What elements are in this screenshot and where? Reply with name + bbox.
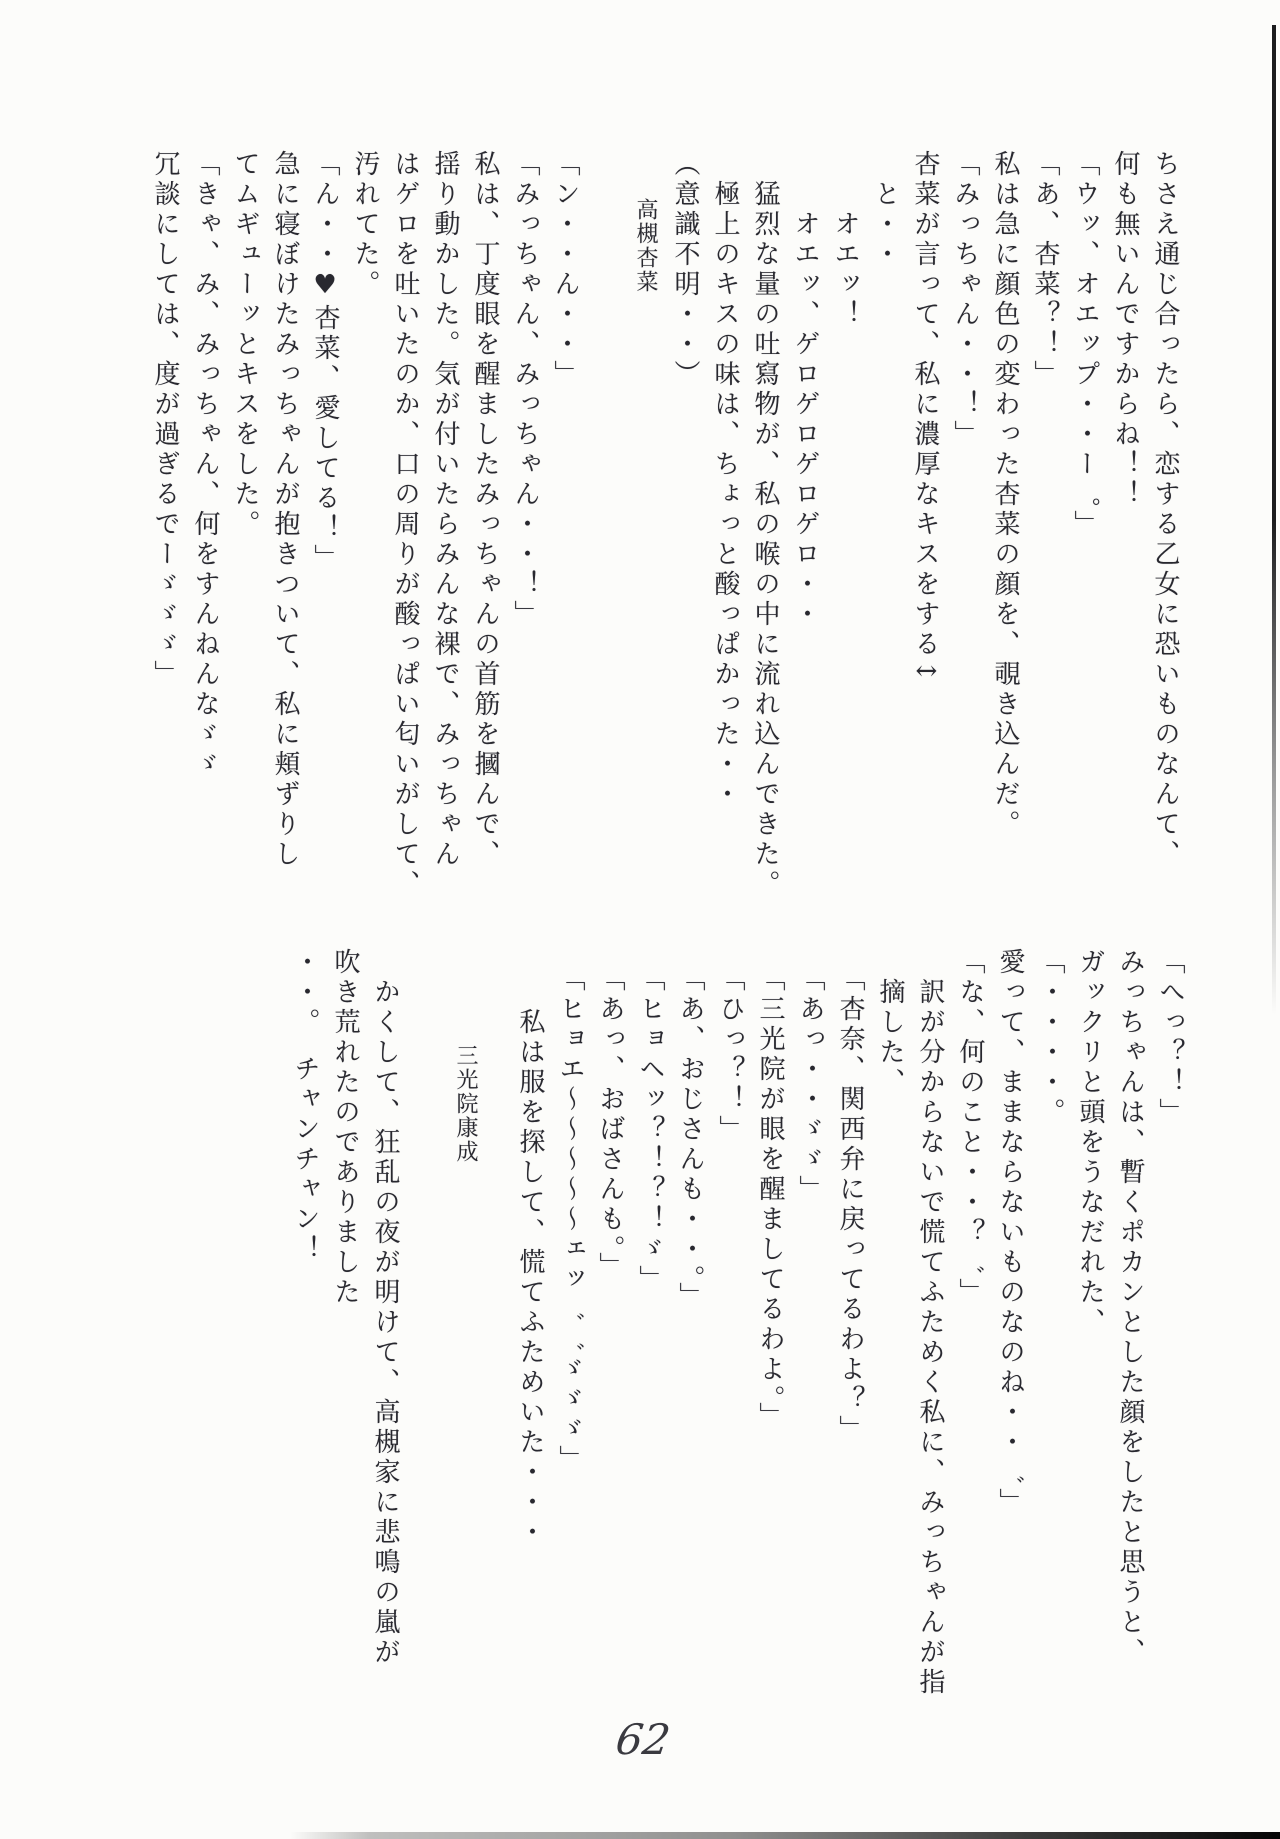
text-column: 私は、丁度眼を醒ましたみっちゃんの首筋を摑んで、 <box>465 150 505 985</box>
text-column: ・・。 チャンチャン！ <box>285 948 325 1698</box>
text-column: 「ン・・ん・・」 <box>545 150 585 985</box>
text-column: 「きゃ、み、みっちゃん、何をすんねんなゞゞ <box>185 150 225 985</box>
text-column: 何も無いんですからね！！ <box>1105 150 1145 985</box>
text-column: かくして、狂乱の夜が明けて、高槻家に悲鳴の嵐が <box>365 948 405 1698</box>
text-column: 「ひっ？！」 <box>710 948 750 1698</box>
text-column: 「な、何のこと・・？゛」 <box>950 948 990 1698</box>
text-column: 揺り動かした。気が付いたらみんな裸で、みっちゃん <box>425 150 465 985</box>
scan-artifact-bottom-line <box>290 1832 1280 1839</box>
text-column: 極上のキスの味は、ちょっと酸っぱかった・・ <box>705 150 745 985</box>
text-column: オエッ、ゲロゲロゲロゲロ・・ <box>785 150 825 985</box>
text-column: 冗談にしては、度が過ぎるでーゞゞゞ」 <box>145 150 185 985</box>
text-column: 「杏奈、関西弁に戻ってるわよ？」 <box>830 948 870 1698</box>
text-column: 「ヒョヘッ？！？！ゞ」 <box>630 948 670 1698</box>
text-column: 訳が分からないで慌てふためく私に、みっちゃんが指 <box>910 948 950 1698</box>
text-column: 摘した、 <box>870 948 910 1698</box>
text-column: 「へっ？！」 <box>1150 948 1190 1698</box>
text-column: 猛烈な量の吐寫物が、私の喉の中に流れ込んできた。 <box>745 150 785 985</box>
text-column: みっちゃんは、暫くポカンとした顔をしたと思うと、 <box>1110 948 1150 1698</box>
text-column: 「ヒョエ～～～～～ェッ゛゛ゞゞゞ」 <box>550 948 590 1698</box>
text-column: 急に寝ぼけたみっちゃんが抱きついて、私に頬ずりし <box>265 150 305 985</box>
text-column: 「あっ・・ゞゞ」 <box>790 948 830 1698</box>
text-column: 「みっちゃん、みっちゃん・・！」 <box>505 150 545 985</box>
text-column: 杏菜が言って、私に濃厚なキスをする↕ <box>905 150 945 985</box>
text-column: 私は服を探して、慌てふためいた・・・ <box>510 948 550 1698</box>
text-column: 吹き荒れたのでありました <box>325 948 365 1698</box>
text-column: 「あ、杏菜？！」 <box>1025 150 1065 985</box>
scan-artifact-right-edge-line <box>1272 25 1276 1015</box>
upper-text-block: ちさえ通じ合ったら、恋する乙女に恐いものなんて、何も無いんですからね！！「ウッ、… <box>145 150 1185 985</box>
page-number: 62 <box>600 1715 687 1764</box>
text-column: 「ウッ、オエップ・・ー゜」 <box>1065 150 1105 985</box>
text-column: 「ん・・♥杏菜、愛してる！」 <box>305 150 345 985</box>
text-column: 私は急に顔色の変わった杏菜の顔を、覗き込んだ。 <box>985 150 1025 985</box>
text-column: 愛って、ままならないものなのね・・゛」 <box>990 948 1030 1698</box>
text-column: 「・・・・。 <box>1030 948 1070 1698</box>
text-column: 「あ、おじさんも・・。」 <box>670 948 710 1698</box>
text-column: 「みっちゃん・・！」 <box>945 150 985 985</box>
text-column: （意識不明・・） <box>665 150 705 985</box>
text-column: ガックリと頭をうなだれた、 <box>1070 948 1110 1698</box>
text-column: と・・ <box>865 150 905 985</box>
text-column: 「あっ、おばさんも。」 <box>590 948 630 1698</box>
author-signature-column: 高槻杏菜 <box>625 150 665 985</box>
scanned-doujin-text-page: ちさえ通じ合ったら、恋する乙女に恐いものなんて、何も無いんですからね！！「ウッ、… <box>0 0 1280 1839</box>
text-column: はゲロを吐いたのか、口の周りが酸っぱい匂いがして、 <box>385 150 425 985</box>
text-column: オエッ！ <box>825 150 865 985</box>
author-signature-column: 三光院康成 <box>445 948 485 1698</box>
text-column: ちさえ通じ合ったら、恋する乙女に恐いものなんて、 <box>1145 150 1185 985</box>
text-column: てムギューッとキスをした。 <box>225 150 265 985</box>
text-column: 「三光院が眼を醒ましてるわよ。」 <box>750 948 790 1698</box>
lower-text-block: 「へっ？！」みっちゃんは、暫くポカンとした顔をしたと思うと、ガックリと頭をうなだ… <box>285 948 1190 1698</box>
text-column: 汚れてた。 <box>345 150 385 985</box>
